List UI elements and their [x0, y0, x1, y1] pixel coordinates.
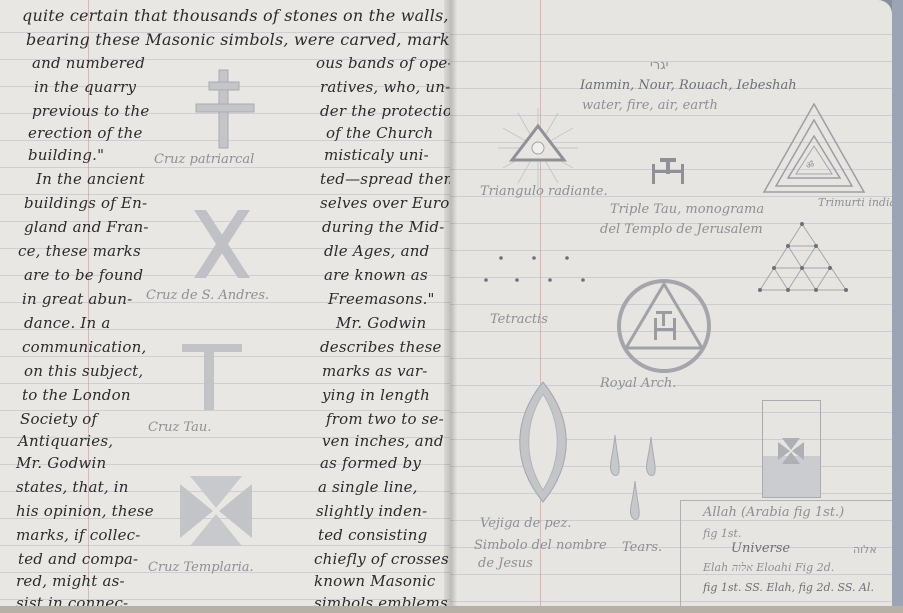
caption-saint-andrew-cross: Cruz de S. Andres. [146, 288, 269, 303]
text-line: Mr. Godwin [336, 310, 426, 337]
note-line-1: Allah (Arabia fig 1st.) [703, 505, 844, 520]
note-line-3-hebrew: אלוה [853, 543, 877, 556]
text-line: and numbered [32, 50, 145, 77]
text-line: Mr. Godwin [16, 450, 106, 477]
book-spine [444, 0, 458, 613]
caption-nested-triangle: Trimurti india [818, 196, 896, 209]
note-line-2: fig 1st. [703, 527, 741, 540]
note-line-5: fig 1st. SS. Elah, fig 2d. SS. Al. [703, 581, 874, 594]
text-line: states, that, in [16, 474, 129, 501]
text-line: during the Mid- [322, 214, 444, 241]
text-line: his opinion, these [16, 498, 154, 525]
caption-tau-cross: Cruz Tau. [148, 420, 211, 435]
text-line: ous bands of ope- [316, 50, 453, 77]
templar-cross-icon [180, 476, 252, 546]
text-line: ted—spread them- [320, 166, 463, 193]
right-page: יגרי Iammin, Nour, Rouach, Iebeshah wate… [450, 0, 892, 613]
text-line: ratives, who, un- [320, 74, 450, 101]
caption-triple-tau: Triple Tau, monograma [610, 202, 764, 217]
caption-royal-arch: Royal Arch. [600, 376, 676, 391]
text-line: ted consisting [318, 522, 427, 549]
text-line: marks as var- [322, 358, 428, 385]
vesica-piscis-icon [518, 380, 568, 504]
text-line: gland and Fran- [24, 214, 149, 241]
caption-vesica-2: Simbolo del nombre [474, 538, 607, 553]
caption-vesica-3: de Jesus [478, 556, 533, 571]
top-line-1: quite certain that thousands of stones o… [22, 2, 449, 29]
text-line: are to be found [24, 262, 143, 289]
patriarchal-cross-icon [194, 70, 254, 150]
text-line: a single line, [318, 474, 418, 501]
text-line: dle Ages, and [324, 238, 429, 265]
text-line: to the London [22, 382, 131, 409]
text-line: communication, [22, 334, 146, 361]
text-line: In the ancient [36, 166, 145, 193]
text-line: describes these [320, 334, 442, 361]
banner-cross-icon [762, 400, 822, 498]
caption-tears: Tears. [622, 540, 662, 555]
text-line: building." [28, 142, 104, 169]
top-line-2: bearing these Masonic simbols, were carv… [26, 26, 475, 53]
text-line: ying in length [322, 382, 430, 409]
text-line: buildings of En- [24, 190, 147, 217]
note-line-3: Universe [731, 541, 790, 556]
text-line: in the quarry [34, 74, 136, 101]
caption-dot-pattern: Tetractis [490, 312, 548, 327]
text-line: marks, if collec- [16, 522, 141, 549]
caption-triple-tau-2: del Templo de Jerusalem [600, 222, 763, 237]
tears-icon [605, 435, 655, 525]
radiant-triangle-icon [498, 108, 578, 188]
left-page: quite certain that thousands of stones o… [0, 0, 450, 613]
caption-vesica-1: Vejiga de pez. [480, 516, 571, 531]
triangle-of-dots-icon [758, 222, 848, 292]
text-line: dance. In a [24, 310, 111, 337]
text-line: misticaly uni- [324, 142, 429, 169]
tau-cross-icon [182, 344, 244, 412]
elements-line: Iammin, Nour, Rouach, Iebeshah [580, 78, 797, 93]
saint-andrew-cross-icon [192, 210, 252, 280]
text-line: Freemasons." [328, 286, 435, 313]
svg-text:ॐ: ॐ [806, 160, 814, 171]
book-bottom-edge [0, 606, 903, 613]
nested-triangle-icon: ॐ [762, 102, 866, 194]
text-line: on this subject, [24, 358, 143, 385]
text-line: slightly inden- [316, 498, 427, 525]
caption-patriarchal-cross: Cruz patriarcal [154, 152, 254, 167]
text-line: as formed by [320, 450, 421, 477]
note-line-4: Elah אלוה Eloahi Fig 2d. [703, 561, 834, 574]
text-line: are known as [324, 262, 428, 289]
hebrew-heading: יגרי [650, 58, 669, 73]
royal-arch-icon [616, 278, 712, 374]
caption-radiant-triangle: Triangulo radiante. [480, 184, 608, 199]
caption-templar-cross: Cruz Templaria. [148, 560, 254, 575]
page-edge [892, 0, 903, 613]
text-line: in great abun- [22, 286, 132, 313]
text-line: ce, these marks [18, 238, 141, 265]
elements-translation: water, fire, air, earth [582, 98, 718, 113]
triple-tau-icon [652, 158, 684, 186]
note-box: Allah (Arabia fig 1st.) fig 1st. Univers… [680, 500, 893, 611]
notebook-spread: quite certain that thousands of stones o… [0, 0, 903, 613]
dot-pattern-icon [484, 256, 594, 286]
